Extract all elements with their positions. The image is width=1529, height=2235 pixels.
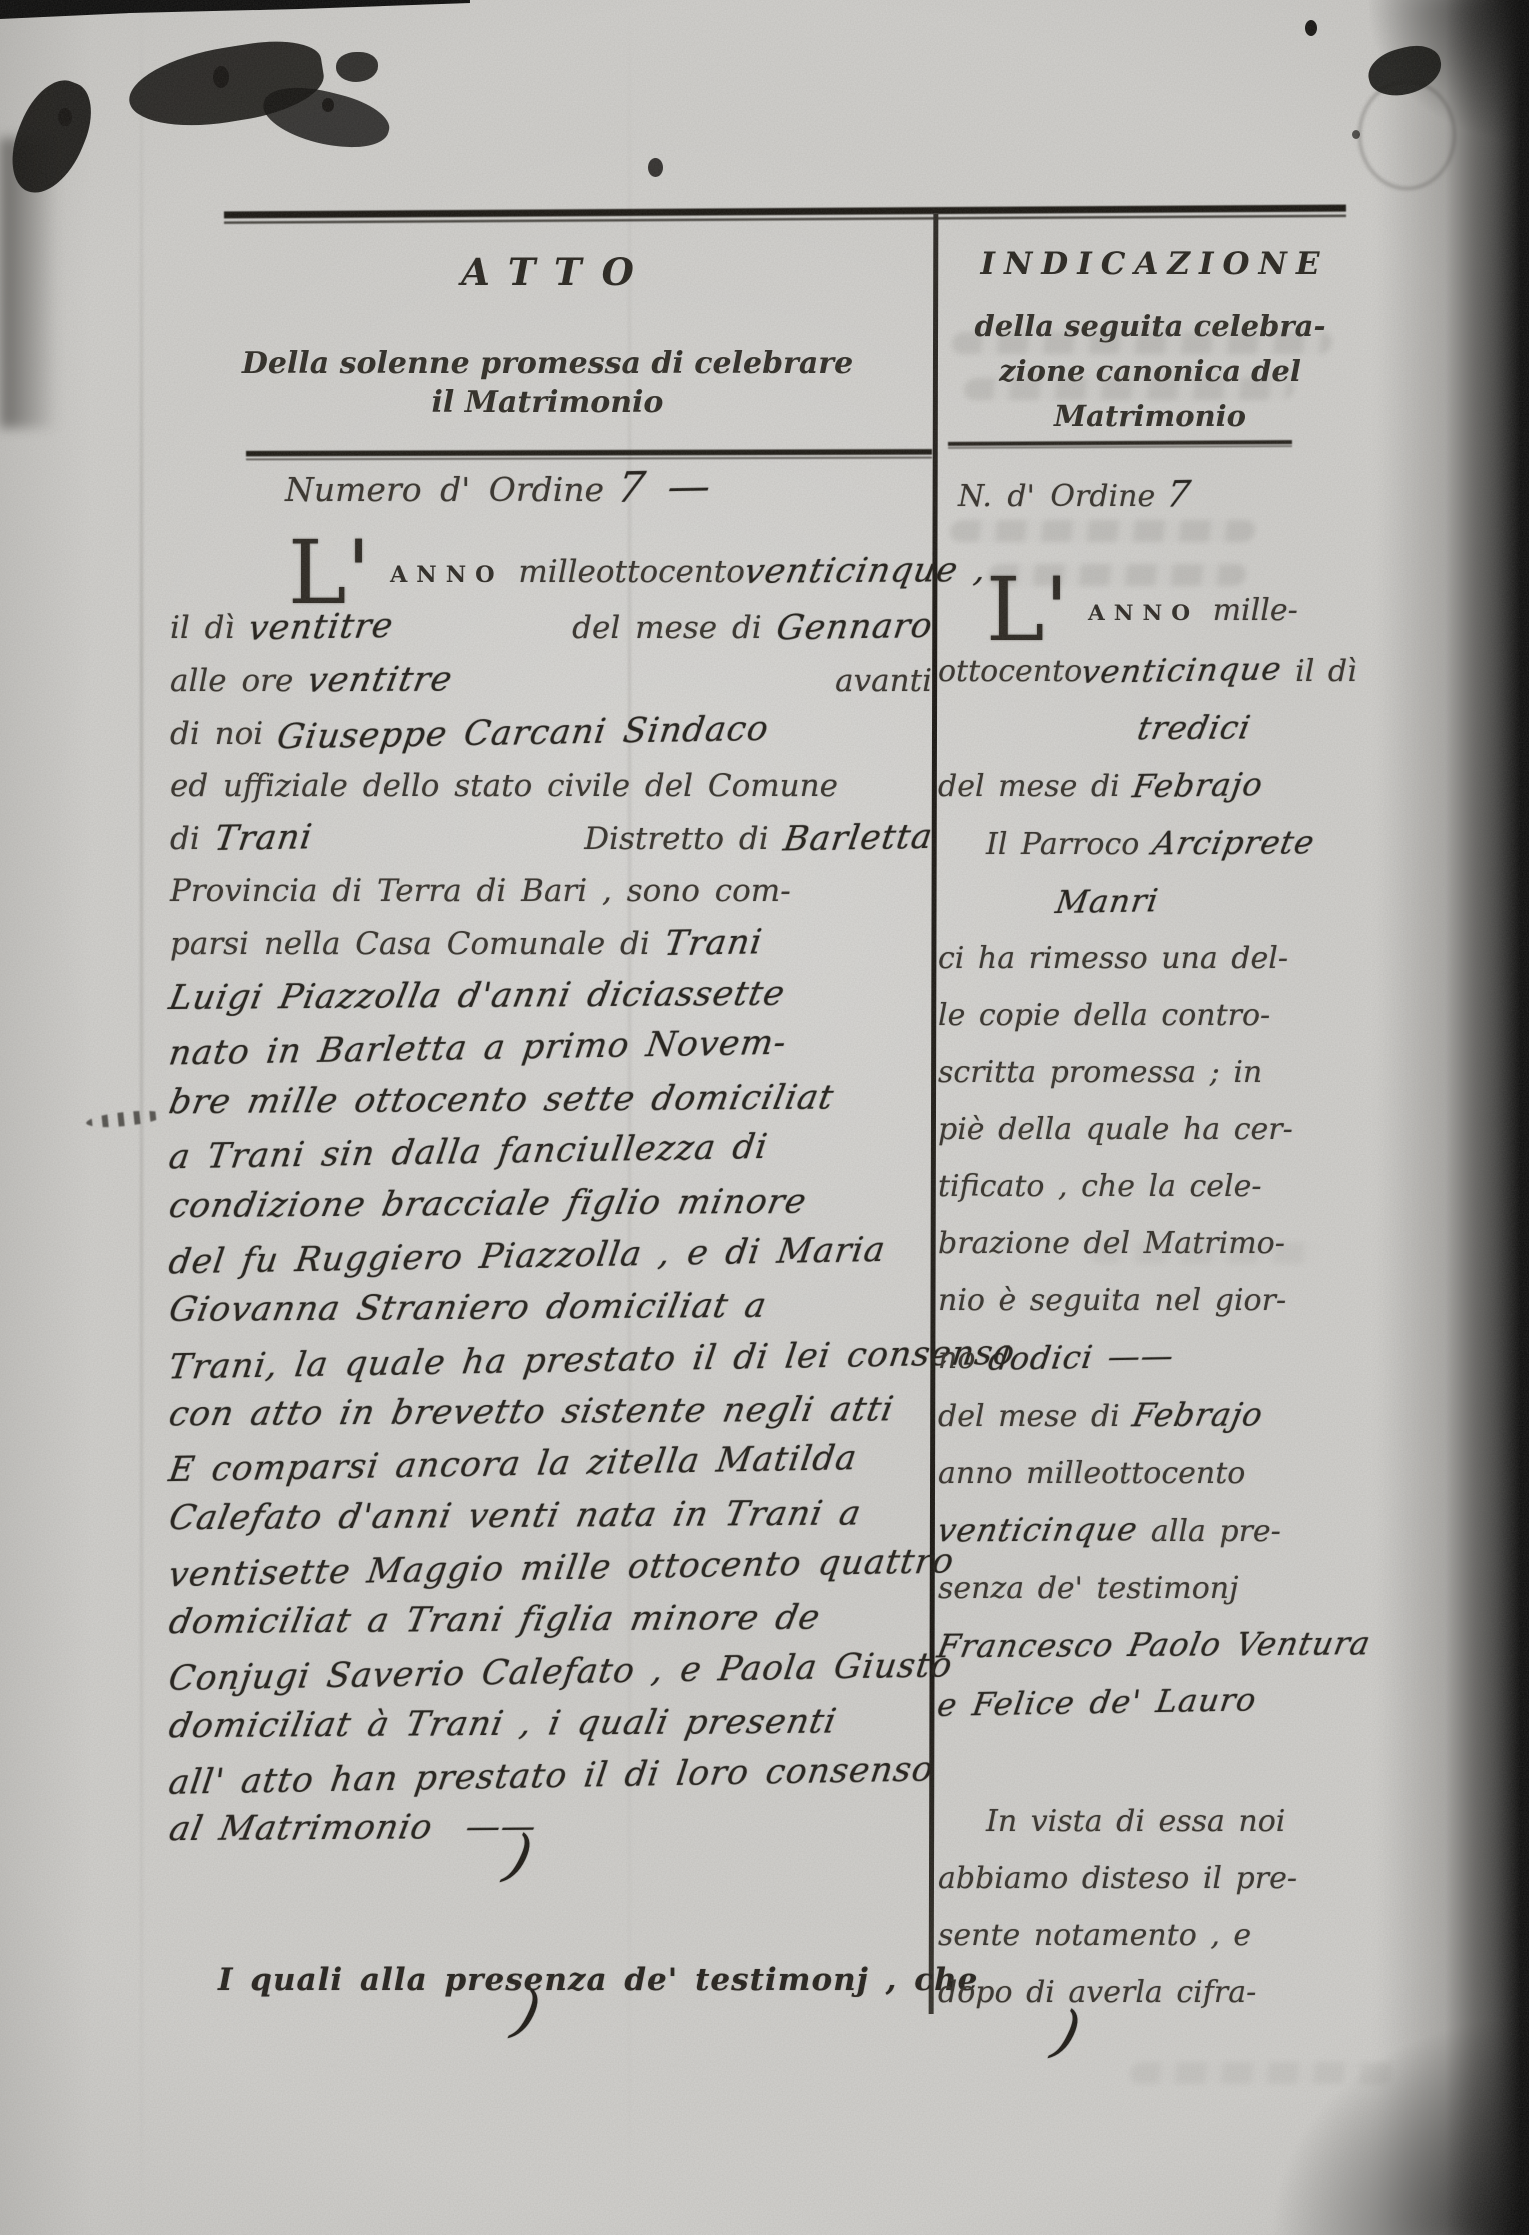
right-order-number-line: N. d' Ordine 7 xyxy=(958,474,1191,515)
drop-cap-initial: L' xyxy=(986,566,1069,654)
worm-hole xyxy=(648,158,663,177)
printed-segment: Distretto di xyxy=(584,813,783,865)
printed-segment: piè della quale ha cer- xyxy=(938,1101,1293,1158)
handwritten-segment: Gennaro xyxy=(773,600,936,655)
top-double-rule xyxy=(224,205,1346,227)
handwritten-segment: venticinque xyxy=(933,1501,1143,1559)
text-line: scritta promessa ; in xyxy=(938,1044,1416,1101)
scan-edge-top xyxy=(0,0,470,20)
text-line: Francesco Paolo Ventura xyxy=(938,1617,1416,1674)
handwritten-segment: E comparsi ancora la zitella Matilda xyxy=(165,1432,860,1496)
printed-segment: del mese di xyxy=(572,602,776,654)
text-line: di TraniDistretto di Barletta xyxy=(170,812,932,865)
text-line: le copie della contro- xyxy=(938,987,1416,1044)
scanned-marriage-record-page: ATTO Della solenne promessa di celebrare… xyxy=(0,0,1529,2235)
handwritten-segment: con atto in brevetto sistente negli atti xyxy=(165,1383,899,1440)
text-line: Calefato d'anni venti nata in Trani a xyxy=(170,1490,932,1542)
bleed-through-text xyxy=(1129,2062,1396,2084)
text-line: abbiamo disteso il pre- xyxy=(938,1850,1416,1907)
left-column-header: ATTO Della solenne promessa di celebrare… xyxy=(165,250,930,422)
handwritten-segment: del fu Ruggiero Piazzolla , e di Maria xyxy=(165,1224,889,1288)
handwritten-segment: condizione bracciale figlio minore xyxy=(165,1176,811,1232)
handwritten-segment: Febrajo xyxy=(1129,756,1267,815)
printed-segment: di xyxy=(170,813,215,865)
text-line: nato in Barletta a primo Novem- xyxy=(170,1022,932,1074)
handwritten-segment: domiciliat à Trani , i quali presenti xyxy=(165,1696,842,1753)
left-column-rule xyxy=(246,449,932,462)
right-column-subtitle-line: Matrimonio xyxy=(940,394,1360,439)
handwritten-segment: ventitre xyxy=(245,600,397,655)
printed-segment: alla pre- xyxy=(1137,1503,1280,1560)
left-column-subtitle-line: il Matrimonio xyxy=(165,383,930,422)
ink-stain xyxy=(0,70,104,204)
handwritten-segment: domiciliat a Trani figlia minore de xyxy=(165,1592,825,1649)
worm-hole xyxy=(1305,20,1317,36)
printed-segment: avanti xyxy=(835,655,932,707)
handwritten-segment: dodici —— xyxy=(985,1327,1178,1387)
handwritten-segment: Trani xyxy=(211,811,316,865)
scan-corner-shadow xyxy=(1269,2015,1529,2235)
text-line: brazione del Matrimo- xyxy=(938,1215,1416,1272)
right-column-rule xyxy=(948,440,1292,449)
handwritten-segment: Arciprete xyxy=(1147,814,1319,872)
text-line: il dì ventitredel mese di Gennaro xyxy=(170,601,932,654)
text-line: bre mille ottocento sette domiciliat xyxy=(170,1074,932,1126)
text-line: E comparsi ancora la zitella Matilda xyxy=(170,1438,932,1490)
ink-stain xyxy=(123,33,328,137)
printed-segment: milleottocento xyxy=(504,546,745,598)
handwritten-segment: ventitre xyxy=(303,653,457,706)
handwritten-segment: tredici xyxy=(1133,700,1256,758)
handwritten-segment: Giuseppe Carcani Sindaco xyxy=(274,703,773,764)
text-line: ventisette Maggio mille ottocento quattr… xyxy=(170,1542,932,1594)
scan-corner-shadow xyxy=(1369,0,1529,140)
order-number-handwritten: 7 — xyxy=(614,461,714,512)
printed-segment: Il Parroco xyxy=(986,816,1153,873)
text-line: del mese di Febrajo xyxy=(938,757,1416,815)
text-line: anno milleottocento xyxy=(938,1445,1416,1502)
text-line: a Trani sin dalla fanciullezza di xyxy=(170,1126,932,1178)
text-line: del mese di Febrajo xyxy=(938,1387,1416,1445)
handwritten-segment: e Felice de' Lauro xyxy=(934,1671,1261,1734)
worm-hole xyxy=(58,108,72,126)
printed-segment: Provincia di Terra di Bari , sono com- xyxy=(170,865,791,917)
ink-stain xyxy=(336,52,378,82)
printed-segment: ottocento xyxy=(938,643,1082,700)
handwritten-segment: a Trani sin dalla fanciullezza di xyxy=(166,1121,772,1183)
handwritten-segment: Francesco Paolo Ventura xyxy=(932,1615,1375,1675)
printed-segment: il dì xyxy=(170,602,249,654)
text-line: ed uffiziale dello stato civile del Comu… xyxy=(170,760,932,812)
text-line: piè della quale ha cer- xyxy=(938,1101,1416,1158)
worm-hole xyxy=(1352,130,1360,139)
right-column-subtitle-line: zione canonica del xyxy=(940,349,1360,394)
text-line: L'ANNO mille- xyxy=(986,582,1416,642)
printed-segment: dopo di averla cifra- xyxy=(938,1964,1256,2021)
printed-segment: tificato , che la cele- xyxy=(938,1158,1262,1215)
handwritten-segment: Barletta xyxy=(780,811,936,866)
text-line: nio è seguita nel gior- xyxy=(938,1272,1416,1329)
text-line: condizione bracciale figlio minore xyxy=(170,1178,932,1230)
printed-segment: di noi xyxy=(170,708,278,760)
left-column-title: ATTO xyxy=(165,250,930,294)
handwritten-segment: all' atto han prestato il di loro consen… xyxy=(165,1743,937,1808)
handwritten-segment: bre mille ottocento sette domiciliat xyxy=(165,1072,839,1129)
handwritten-segment: Trani xyxy=(661,916,766,970)
printed-segment: il dì xyxy=(1282,643,1357,700)
order-label: N. d' Ordine xyxy=(958,479,1155,514)
text-line: domiciliat a Trani figlia minore de xyxy=(170,1594,932,1646)
printed-segment: parsi nella Casa Comunale di xyxy=(170,918,665,970)
text-line: tificato , che la cele- xyxy=(938,1158,1416,1215)
faint-circle-mark xyxy=(1358,80,1456,190)
right-column-subtitle-line: della seguita celebra- xyxy=(940,304,1360,349)
text-line: venticinque alla pre- xyxy=(938,1502,1416,1560)
worm-hole xyxy=(322,98,334,112)
handwritten-segment: nato in Barletta a primo Novem- xyxy=(166,1017,791,1080)
text-line: sente notamento , e xyxy=(938,1907,1416,1964)
ink-stain xyxy=(258,77,395,158)
text-line: senza de' testimonj xyxy=(938,1560,1416,1617)
text-line: alle ore ventitreavanti xyxy=(170,654,932,707)
handwritten-segment: Calefato d'anni venti nata in Trani a xyxy=(165,1488,866,1545)
printed-segment: brazione del Matrimo- xyxy=(938,1215,1285,1272)
marginal-pen-scribble xyxy=(85,1108,164,1130)
handwritten-segment: Giovanna Straniero domiciliat a xyxy=(165,1280,772,1336)
text-line: I quali alla presenza de' testimonj , ch… xyxy=(218,1954,932,2006)
text-line: Trani, la quale ha prestato il di lei co… xyxy=(170,1334,932,1386)
left-order-number-line: Numero d' Ordine 7 — xyxy=(285,462,711,511)
printed-segment: ci ha rimesso una del- xyxy=(938,930,1288,987)
text-line: In vista di essa noi xyxy=(986,1793,1416,1850)
order-label: Numero d' Ordine xyxy=(285,470,604,509)
handwritten-segment: Luigi Piazzolla d'anni diciassette xyxy=(165,968,790,1024)
text-line: e Felice de' Lauro xyxy=(938,1674,1416,1731)
handwritten-segment: venticinque xyxy=(1078,640,1286,700)
text-line: ottocentoventicinque il dì xyxy=(938,642,1416,700)
text-line: L'ANNO milleottocentoventicinque , xyxy=(288,545,932,601)
printed-segment: nio è seguita nel gior- xyxy=(938,1272,1286,1329)
printed-segment: abbiamo disteso il pre- xyxy=(938,1850,1297,1907)
worm-hole xyxy=(213,66,229,88)
left-column-subtitle-line: Della solenne promessa di celebrare xyxy=(165,344,930,383)
printed-bold-segment: I quali alla presenza de' testimonj , ch… xyxy=(218,1954,978,2006)
printed-segment: ed uffiziale dello stato civile del Comu… xyxy=(170,760,838,812)
text-line: tredici xyxy=(1138,700,1416,757)
printed-segment: no xyxy=(938,1330,989,1387)
printed-segment: del mese di xyxy=(938,758,1133,815)
printed-segment: anno milleottocento xyxy=(938,1445,1245,1502)
printed-segment: mille- xyxy=(1199,582,1298,639)
edge-stain xyxy=(0,138,58,428)
printed-segment: del mese di xyxy=(938,1388,1133,1445)
paper-crease xyxy=(140,0,143,2235)
printed-segment: scritta promessa ; in xyxy=(938,1044,1262,1101)
printed-segment: senza de' testimonj xyxy=(938,1560,1238,1617)
small-caps-segment: ANNO xyxy=(1088,585,1199,642)
text-line: Giovanna Straniero domiciliat a xyxy=(170,1282,932,1334)
handwritten-segment: Febrajo xyxy=(1128,1387,1269,1445)
ink-stain xyxy=(1364,40,1447,103)
order-number-handwritten: 7 xyxy=(1164,474,1194,515)
printed-segment: alle ore xyxy=(170,655,308,707)
text-line: parsi nella Casa Comunale di Trani xyxy=(170,917,932,970)
handwritten-segment: ventisette Maggio mille ottocento quattr… xyxy=(165,1535,957,1601)
gutter-shadow xyxy=(1445,0,1529,2235)
printed-segment: sente notamento , e xyxy=(938,1907,1251,1964)
text-line: ci ha rimesso una del- xyxy=(938,930,1416,987)
text-line: al Matrimonio —— xyxy=(170,1802,932,1854)
text-line: Conjugi Saverio Calefato , e Paola Giust… xyxy=(170,1646,932,1698)
handwritten-segment: al Matrimonio —— xyxy=(165,1801,541,1856)
text-line: all' atto han prestato il di loro consen… xyxy=(170,1750,932,1802)
text-line: di noi Giuseppe Carcani Sindaco xyxy=(170,707,932,760)
text-line: del fu Ruggiero Piazzolla , e di Maria xyxy=(170,1230,932,1282)
text-line: Manri xyxy=(1056,873,1416,930)
text-line: Luigi Piazzolla d'anni diciassette xyxy=(170,970,932,1022)
text-line: dopo di averla cifra- xyxy=(938,1964,1416,2021)
right-column-body-text: L'ANNO mille-ottocentoventicinque il dìt… xyxy=(938,582,1416,2021)
text-line: Il Parroco Arciprete xyxy=(986,815,1416,873)
right-column-header: INDICAZIONE della seguita celebra- zione… xyxy=(940,246,1360,439)
text-line: Provincia di Terra di Bari , sono com- xyxy=(170,865,932,917)
text-line: con atto in brevetto sistente negli atti xyxy=(170,1386,932,1438)
text-line: domiciliat à Trani , i quali presenti xyxy=(170,1698,932,1750)
bleed-through-text xyxy=(949,520,1256,542)
printed-segment: le copie della contro- xyxy=(938,987,1270,1044)
left-column-body-text: L'ANNO milleottocentoventicinque ,il dì … xyxy=(170,545,932,2006)
handwritten-segment: Manri xyxy=(1052,872,1163,931)
text-line: no dodici —— xyxy=(938,1329,1416,1387)
printed-segment: In vista di essa noi xyxy=(986,1793,1285,1850)
right-column-title: INDICAZIONE xyxy=(940,246,1360,282)
small-caps-segment: ANNO xyxy=(390,549,504,601)
